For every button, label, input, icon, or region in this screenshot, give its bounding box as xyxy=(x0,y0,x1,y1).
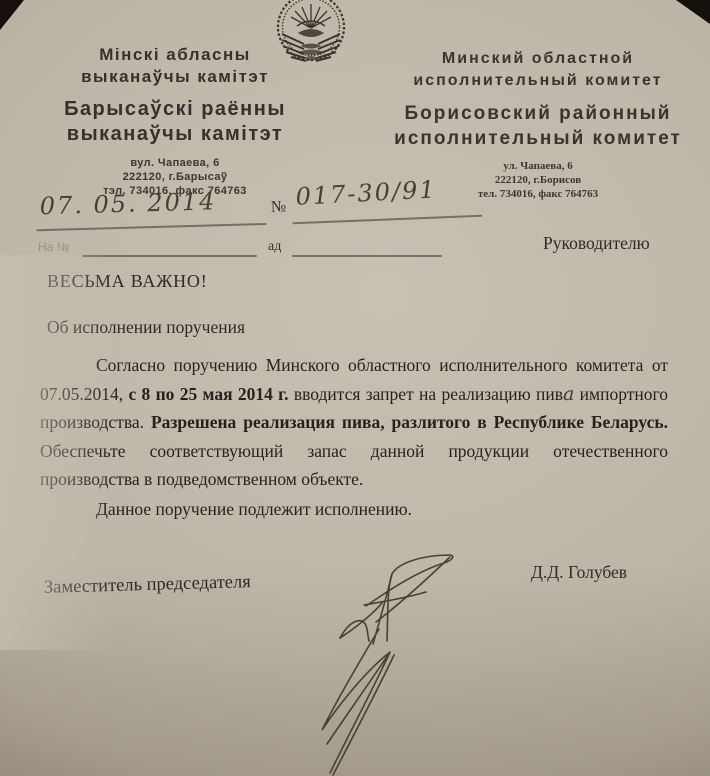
body-paragraph-2: Данное поручение подлежит исполнению. xyxy=(40,495,668,524)
paper-sheet: Мінскі абласны выканаўчы камітэт Барысаў… xyxy=(0,0,710,776)
photographed-letter: Мінскі абласны выканаўчы камітэт Барысаў… xyxy=(0,0,710,776)
signer-position-title: Заместитель председателя xyxy=(44,572,251,599)
letter-body: Согласно поручению Минского областного и… xyxy=(40,351,668,523)
org-name-by-line2: выканаўчы камітэт xyxy=(30,66,320,88)
body-text-dates-bold: с 8 по 25 мая 2014 г. xyxy=(128,384,288,404)
reply-number-blank xyxy=(82,255,257,257)
org-name-ru-line1: Минский областной xyxy=(386,48,690,70)
reply-number-label: На № xyxy=(38,240,70,254)
reference-line-reply: На № ад xyxy=(30,240,460,266)
org-name-ru-line2: исполнительный комитет xyxy=(386,70,690,92)
body-paragraph-1: Согласно поручению Минского областного и… xyxy=(40,351,668,494)
handwritten-date: 07. 05. 2014 xyxy=(39,187,216,220)
handwritten-signature xyxy=(300,533,505,776)
header-left-belarusian: Мінскі абласны выканаўчы камітэт Барысаў… xyxy=(30,44,320,198)
address-by-street: вул. Чапаева, 6 xyxy=(30,156,320,170)
org2-name-by-line1: Барысаўскі раённы xyxy=(30,97,320,122)
reply-from-blank xyxy=(292,255,442,257)
address-ru-street: ул. Чапаева, 6 xyxy=(386,159,690,173)
signer-name: Д.Д. Голубев xyxy=(531,562,627,583)
importance-note: ВЕСЬМА ВАЖНО! xyxy=(47,271,208,292)
org2-name-ru-line1: Борисовский районный xyxy=(386,101,690,126)
address-by-city: 222120, г.Барысаў xyxy=(30,170,320,184)
number-sign-label: № xyxy=(271,198,287,216)
handwritten-letter-correction: а xyxy=(563,383,574,405)
body-text-part3: вводится запрет на реализацию пив xyxy=(289,384,564,404)
reply-from-label: ад xyxy=(268,239,281,255)
date-underline xyxy=(36,223,266,231)
subject-line: Об исполнении поручения xyxy=(47,317,245,338)
org-name-by-line1: Мінскі абласны xyxy=(30,44,320,66)
body-text-permission-bold: Разрешена реализация пива, разлитого в Р… xyxy=(151,412,668,432)
org2-name-by-line2: выканаўчы камітэт xyxy=(30,122,320,147)
addressee: Руководителю xyxy=(543,233,650,254)
body-text-part6: Обеспечьте соответствующий запас данной … xyxy=(40,441,668,490)
org2-name-ru-line2: исполнительный комитет xyxy=(386,126,690,151)
number-underline xyxy=(292,215,482,225)
